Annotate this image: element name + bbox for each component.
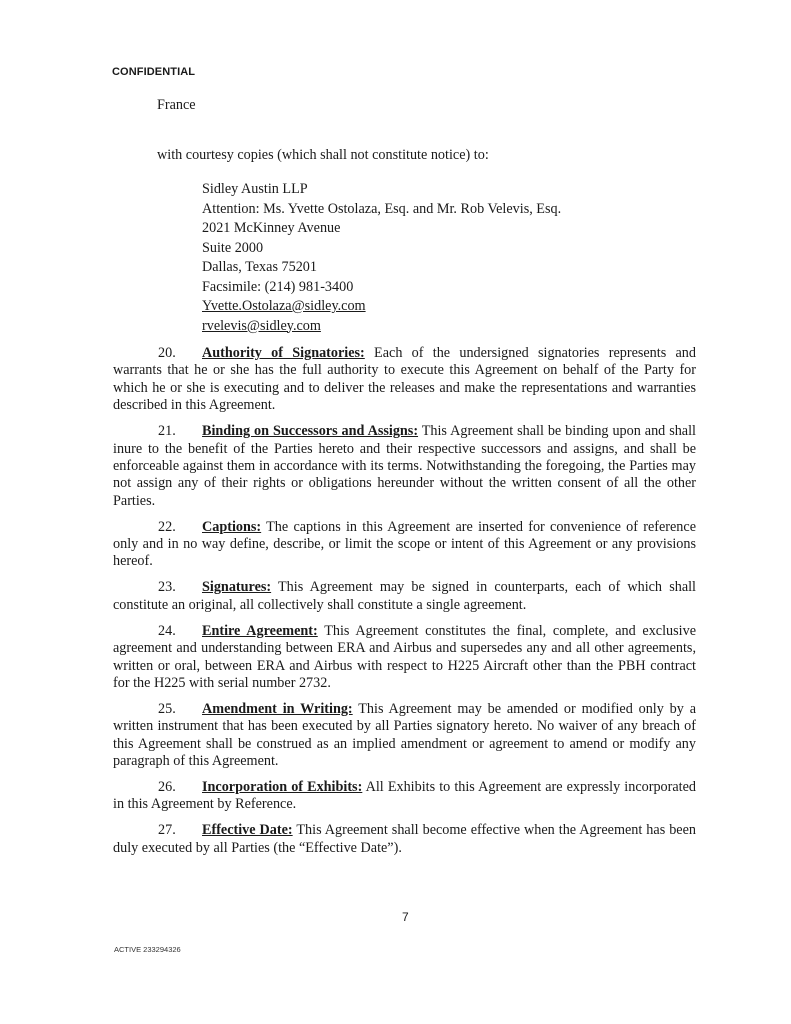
section-24: 24.Entire Agreement: This Agreement cons…: [113, 623, 696, 693]
section-26: 26.Incorporation of Exhibits: All Exhibi…: [113, 779, 696, 814]
section-25: 25.Amendment in Writing: This Agreement …: [113, 701, 696, 771]
email-link[interactable]: Yvette.Ostolaza@sidley.com: [202, 298, 366, 314]
section-number: 23.: [158, 579, 202, 596]
section-caption: Authority of Signatories:: [202, 345, 365, 361]
confidential-label: CONFIDENTIAL: [112, 66, 195, 78]
section-caption: Incorporation of Exhibits:: [202, 779, 362, 795]
sections-body: 20.Authority of Signatories: Each of the…: [113, 345, 696, 866]
section-21: 21.Binding on Successors and Assigns: Th…: [113, 423, 696, 510]
address-line: 2021 McKinney Avenue: [202, 219, 561, 239]
courtesy-copies-intro: with courtesy copies (which shall not co…: [157, 147, 489, 164]
section-number: 21.: [158, 423, 202, 440]
section-caption: Captions:: [202, 519, 261, 535]
section-22: 22.Captions: The captions in this Agreem…: [113, 519, 696, 571]
section-20: 20.Authority of Signatories: Each of the…: [113, 345, 696, 415]
section-caption: Signatures:: [202, 579, 271, 595]
section-number: 22.: [158, 519, 202, 536]
section-number: 24.: [158, 623, 202, 640]
page-number: 7: [402, 910, 409, 924]
address-line: Sidley Austin LLP: [202, 180, 561, 200]
section-caption: Binding on Successors and Assigns:: [202, 423, 418, 439]
notice-country: France: [157, 97, 196, 114]
section-caption: Effective Date:: [202, 822, 293, 838]
document-page: CONFIDENTIAL France with courtesy copies…: [0, 0, 791, 1024]
address-line: Suite 2000: [202, 239, 561, 259]
section-number: 26.: [158, 779, 202, 796]
email-link[interactable]: rvelevis@sidley.com: [202, 318, 321, 334]
section-caption: Amendment in Writing:: [202, 701, 353, 717]
address-line: Dallas, Texas 75201: [202, 258, 561, 278]
address-line: Facsimile: (214) 981-3400: [202, 278, 561, 298]
courtesy-address-block: Sidley Austin LLP Attention: Ms. Yvette …: [202, 180, 561, 336]
section-number: 27.: [158, 822, 202, 839]
address-line: Attention: Ms. Yvette Ostolaza, Esq. and…: [202, 200, 561, 220]
section-23: 23.Signatures: This Agreement may be sig…: [113, 579, 696, 614]
document-id: ACTIVE 233294326: [114, 945, 181, 954]
section-number: 20.: [158, 345, 202, 362]
section-27: 27.Effective Date: This Agreement shall …: [113, 822, 696, 857]
section-caption: Entire Agreement:: [202, 623, 318, 639]
section-number: 25.: [158, 701, 202, 718]
